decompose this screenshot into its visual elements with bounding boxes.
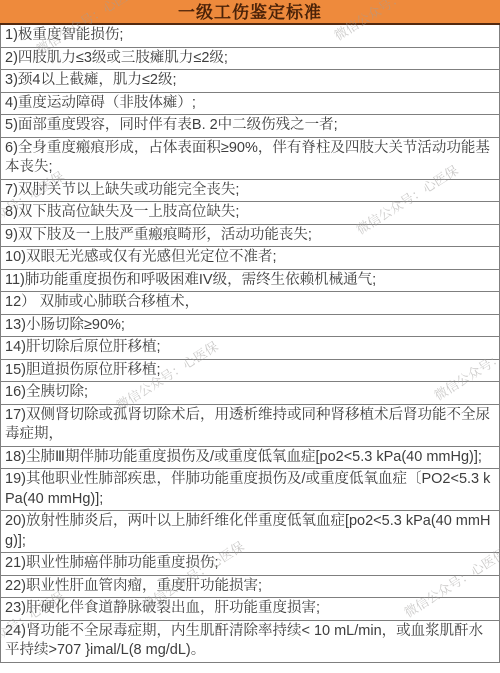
table-row: 18)尘肺Ⅲ期伴肺功能重度损伤及/或重度低氧血症[po2<5.3 kPa(40 … bbox=[1, 447, 499, 470]
standards-table: 1)极重度智能损伤;2)四肢肌力≤3级或三肢瘫肌力≤2级;3)颈4以上截瘫，肌力… bbox=[0, 25, 500, 663]
table-row: 14)肝切除后原位肝移植; bbox=[1, 337, 499, 360]
table-row: 23)肝硬化伴食道静脉破裂出血，肝功能重度损害; bbox=[1, 598, 499, 621]
table-row: 1)极重度智能损伤; bbox=[1, 25, 499, 48]
document-page: 一级工伤鉴定标准 1)极重度智能损伤;2)四肢肌力≤3级或三肢瘫肌力≤2级;3)… bbox=[0, 0, 500, 673]
table-row: 20)放射性肺炎后，两叶以上肺纤维化伴重度低氧血症[po2<5.3 kPa(40… bbox=[1, 511, 499, 553]
table-row: 3)颈4以上截瘫，肌力≤2级; bbox=[1, 70, 499, 93]
table-row: 8)双下肢高位缺失及一上肢高位缺失; bbox=[1, 202, 499, 225]
table-row: 10)双眼无光感或仅有光感但光定位不准者; bbox=[1, 247, 499, 270]
table-row: 19)其他职业性肺部疾患，伴肺功能重度损伤及/或重度低氧血症〔PO2<5.3 k… bbox=[1, 469, 499, 511]
table-row: 4)重度运动障碍（非肢体瘫）; bbox=[1, 93, 499, 116]
table-row: 7)双肘关节以上缺失或功能完全丧失; bbox=[1, 180, 499, 203]
table-row: 15)胆道损伤原位肝移植; bbox=[1, 360, 499, 383]
table-row: 6)全身重度瘢痕形成，占体表面积≥90%，伴有脊柱及四肢大关节活动功能基本丧失; bbox=[1, 138, 499, 180]
table-row: 22)职业性肝血管肉瘤，重度肝功能损害; bbox=[1, 576, 499, 599]
page-title: 一级工伤鉴定标准 bbox=[0, 0, 500, 25]
table-row: 5)面部重度毁容，同时伴有表B. 2中二级伤残之一者; bbox=[1, 115, 499, 138]
table-row: 9)双下肢及一上肢严重瘢痕畸形，活动功能丧失; bbox=[1, 225, 499, 248]
table-row: 12） 双肺或心肺联合移植术， bbox=[1, 292, 499, 315]
table-row: 11)肺功能重度损伤和呼吸困难IV级，需终生依赖机械通气; bbox=[1, 270, 499, 293]
table-row: 13)小肠切除≥90%; bbox=[1, 315, 499, 338]
table-row: 16)全胰切除; bbox=[1, 382, 499, 405]
table-row: 2)四肢肌力≤3级或三肢瘫肌力≤2级; bbox=[1, 48, 499, 71]
table-row: 21)职业性肺癌伴肺功能重度损伤; bbox=[1, 553, 499, 576]
table-row: 24)肾功能不全尿毒症期，内生肌酐清除率持续< 10 mL/min，或血浆肌酐水… bbox=[1, 621, 499, 663]
table-row: 17)双侧肾切除或孤肾切除术后，用透析维持或同种肾移植术后肾功能不全尿毒症期， bbox=[1, 405, 499, 447]
